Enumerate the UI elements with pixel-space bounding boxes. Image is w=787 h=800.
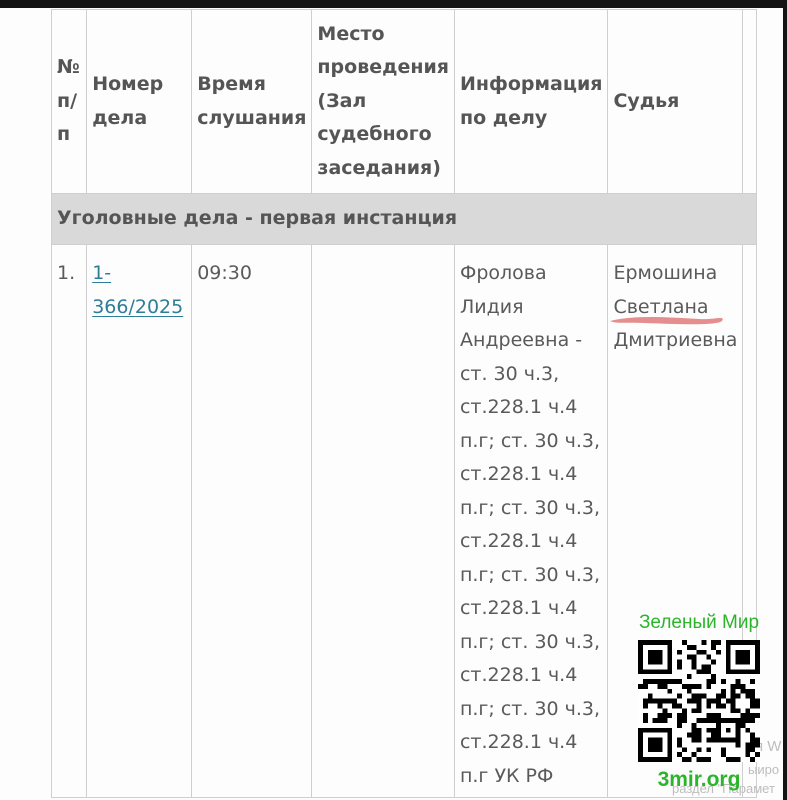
hearing-location (312, 245, 455, 798)
section-row: Уголовные дела - первая инстанция (52, 194, 757, 245)
header-location: Место проведения (Зал судебного заседани… (312, 10, 455, 194)
watermark: Зеленый Мир 3mir.org (628, 612, 770, 792)
header-number: № п/ п (52, 10, 87, 194)
table-header-row: № п/ п Номер дела Время слушания Место п… (52, 10, 757, 194)
case-number-link[interactable]: 1-366/2025 (92, 262, 183, 318)
hearing-time: 09:30 (192, 245, 312, 798)
case-number-cell: 1-366/2025 (87, 245, 192, 798)
header-extra (743, 10, 757, 194)
header-time: Время слушания (192, 10, 312, 194)
header-info: Информация по делу (454, 10, 607, 194)
header-judge: Судья (608, 10, 743, 194)
row-number: 1. (52, 245, 87, 798)
top-dark-band (0, 0, 787, 8)
section-title: Уголовные дела - первая инстанция (52, 194, 757, 245)
watermark-url: 3mir.org (628, 768, 770, 792)
watermark-title: Зеленый Мир (628, 612, 770, 634)
qr-code-icon (638, 640, 760, 762)
case-info: Фролова Лидия Андреевна - ст. 30 ч.3, ст… (454, 245, 607, 798)
highlight-underline-mark (604, 309, 728, 331)
header-case-number: Номер дела (87, 10, 192, 194)
